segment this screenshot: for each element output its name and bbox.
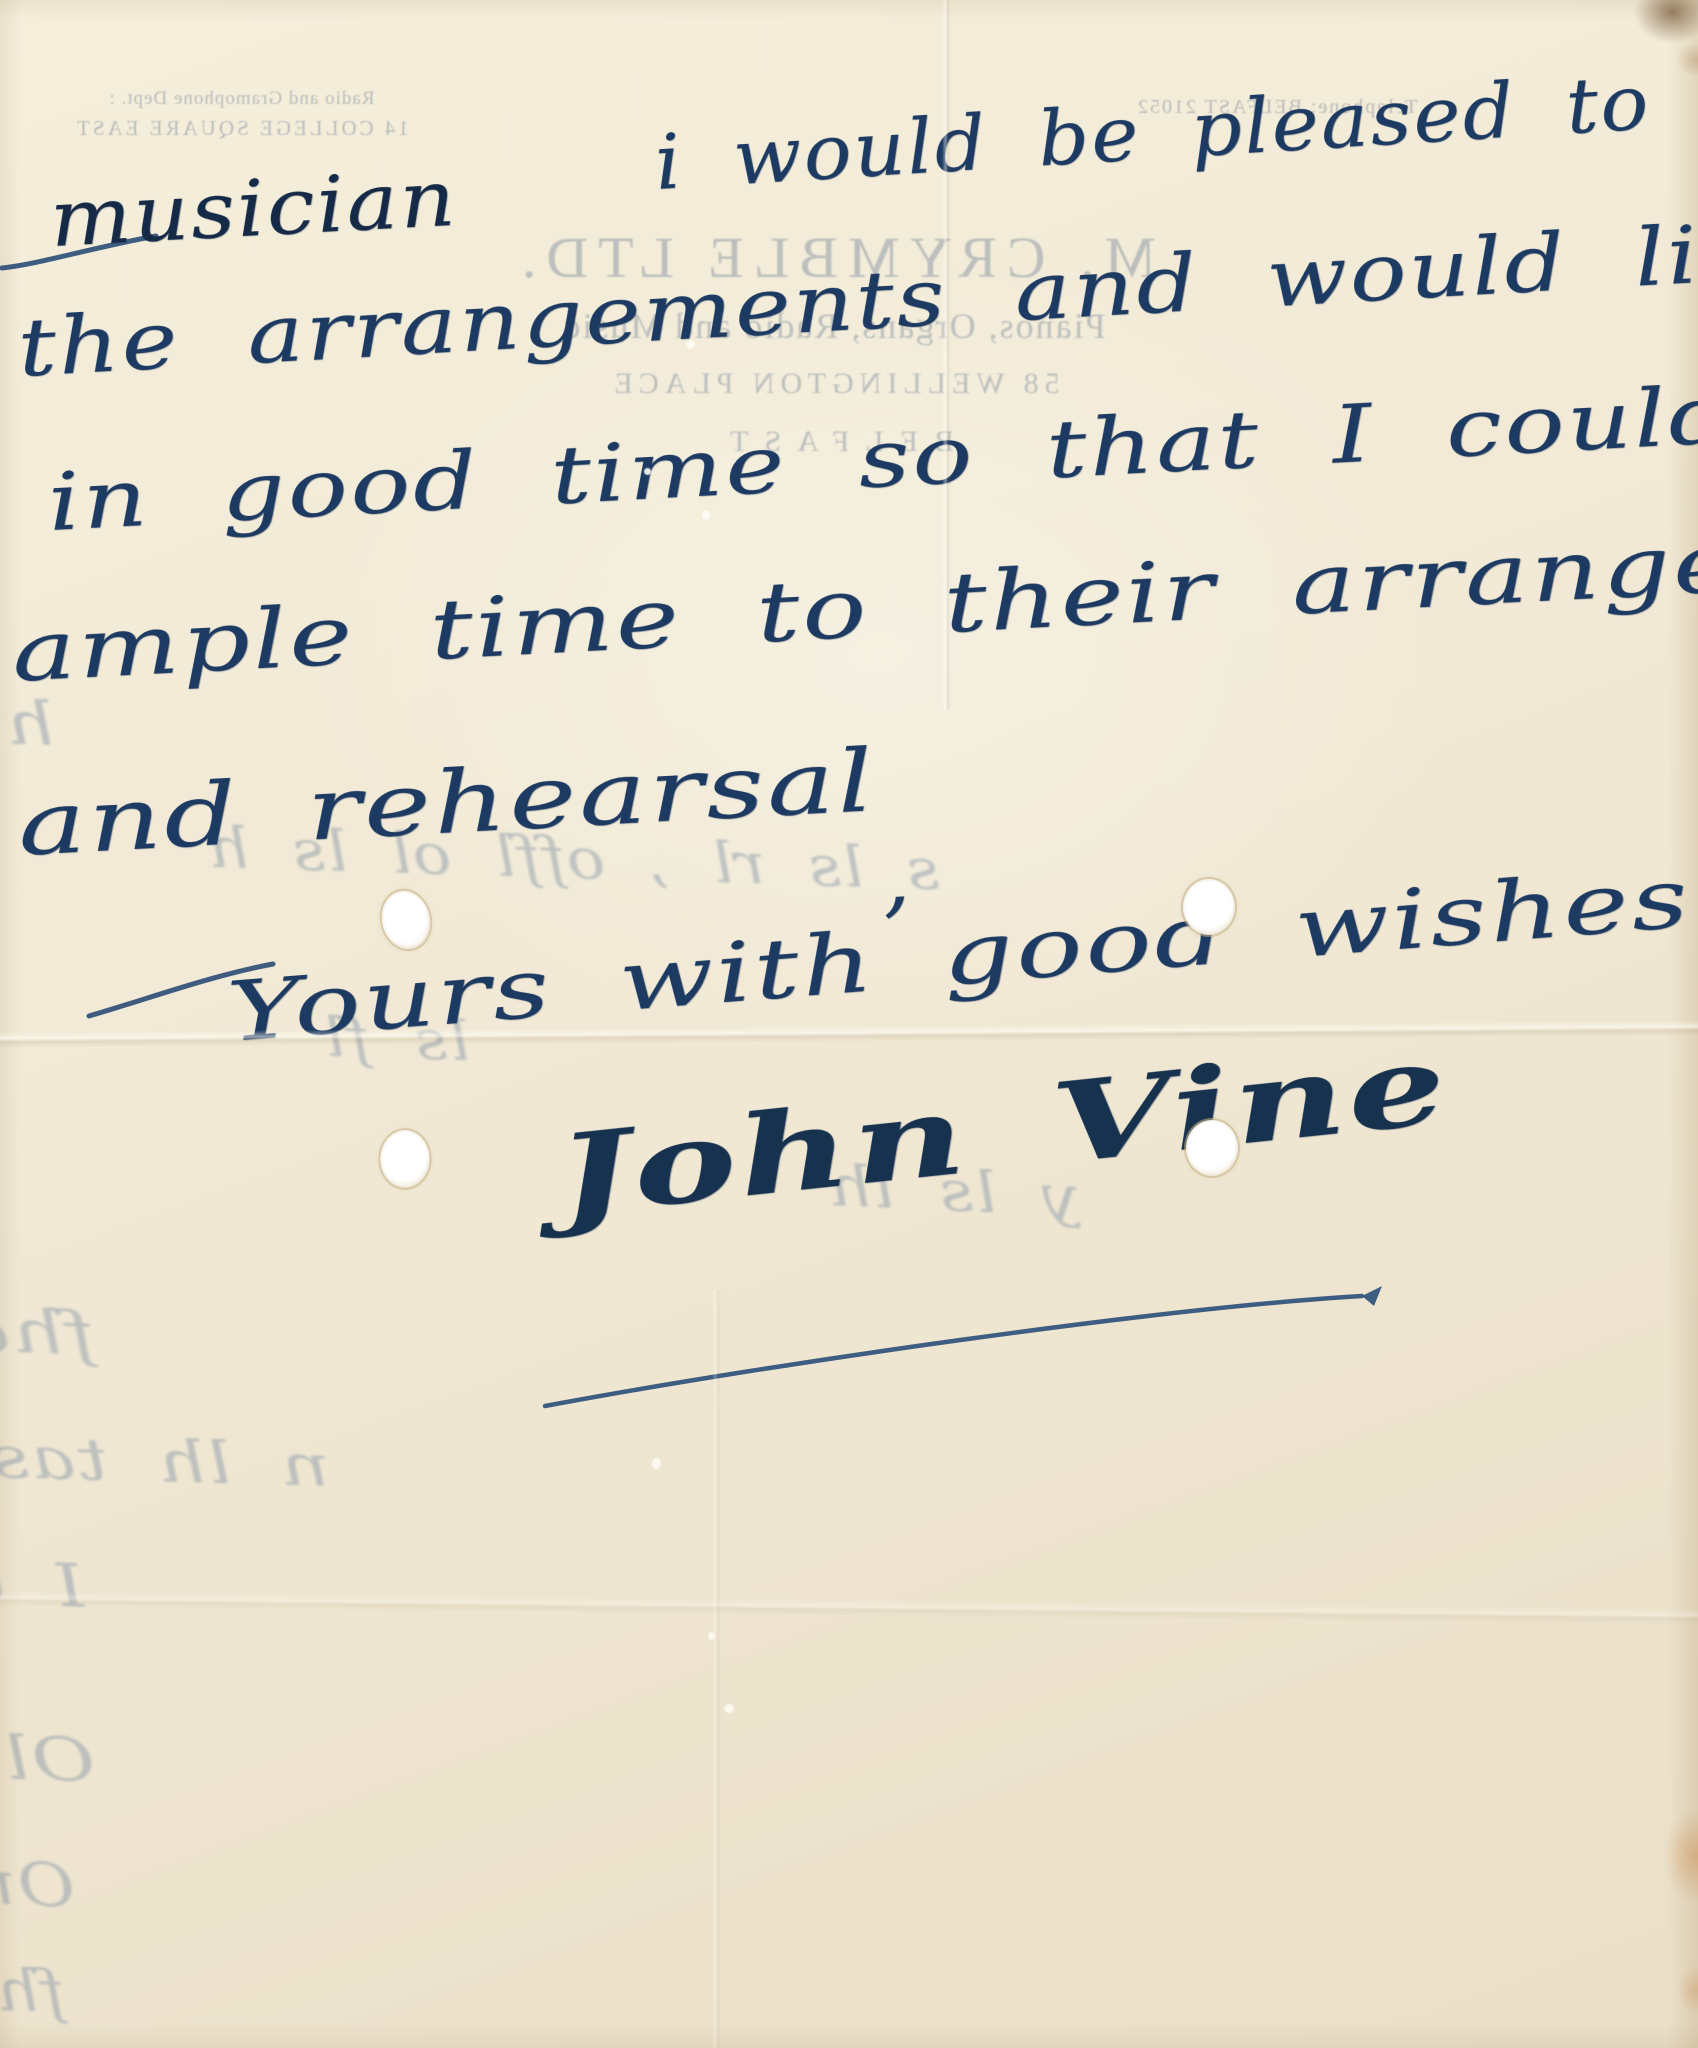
paper-fleck bbox=[702, 510, 710, 520]
bleedthrough-line: l ah Chliey bbox=[0, 1150, 4, 1249]
letter-line: i would be pleased to do bbox=[652, 48, 1698, 207]
punch-hole bbox=[376, 886, 437, 955]
bleedthrough-line: I do hefn yr ams ls famelss bbox=[0, 1502, 87, 1622]
bleedthrough-line: fhash alsj arrayimal full my lls bbox=[0, 1923, 66, 2026]
letterhead-dept-line2: 14 COLLEGE SQUARE EAST bbox=[74, 116, 409, 141]
bleedthrough-line: n lh tasks of Chef bbox=[0, 1411, 332, 1500]
paper-fleck bbox=[724, 1704, 734, 1713]
letter-page: Radio and Gramophone Dept. : 14 COLLEGE … bbox=[0, 0, 1698, 2048]
punch-hole bbox=[1183, 879, 1235, 935]
paper-fleck bbox=[708, 1632, 715, 1640]
paper-fleck bbox=[686, 340, 695, 349]
bleedthrough-line: fhader ol , ffl blh ls ll my bbox=[0, 1253, 97, 1370]
bleedthrough-line: Oll lh ral by ls fl s bbox=[0, 1703, 97, 1796]
letterhead-dept-block: Radio and Gramophone Dept. : 14 COLLEGE … bbox=[74, 88, 409, 141]
paper-fleck bbox=[652, 1458, 661, 1469]
paper-fleck bbox=[644, 468, 651, 475]
fold-crease bbox=[0, 1591, 1698, 1625]
bleedthrough-line: Orchestral Orchestras, If yr have my bbox=[0, 1787, 77, 1922]
letterhead-dept-line1: Radio and Gramophone Dept. : bbox=[74, 88, 409, 110]
punch-hole bbox=[380, 1130, 429, 1188]
signature-flourish bbox=[520, 1268, 1420, 1428]
punch-hole bbox=[1186, 1120, 1238, 1176]
